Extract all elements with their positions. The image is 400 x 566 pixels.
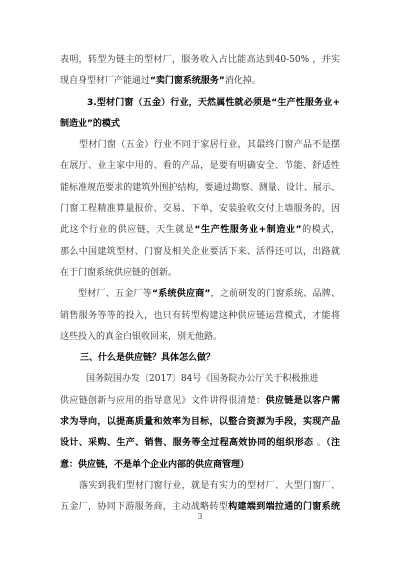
text-line: 门窗工程精准算量报价、交易、下单，安装验收交付上墙服务的，因 (60, 199, 340, 220)
document-page: 表明，转型为链主的型材厂，服务收入占比能高达到40-50% ，并实现自身型材厂产… (0, 0, 400, 566)
bold-text-run: 意：供应链，不是单个企业内部的供应商管理） (60, 460, 249, 470)
bold-text-run: 构建端到端拉通的门窗系统 (228, 502, 340, 512)
bold-text-run: 求为导向，以提高质量和效率为目标，以整合资源为手段，实现产品 (60, 417, 340, 427)
text-line: 表明，转型为链主的型材厂，服务收入占比能高达到40-50% ，并实 (60, 50, 340, 71)
text-line: 在展厅、业主家中用的、看的产品，是要有明确安全、节能、舒适性 (60, 156, 340, 177)
bold-text-run: （注 (326, 438, 340, 448)
text-run: 五金厂，协同下游服务商，主动战略转型 (60, 502, 228, 512)
text-line: 制造业”的模式 (60, 114, 340, 135)
text-run: 表明，转型为链主的型材厂，服务收入占比能高达到40-50% ，并实 (60, 55, 340, 65)
bold-text-run: 供应链是以客户需 (266, 396, 340, 406)
bold-text-run: “生产性服务业+制造业” (195, 225, 302, 235)
text-line: 此这个行业的供应链，天生就是“生产性服务业+制造业”的模式， (60, 220, 340, 241)
text-run: 型材厂、五金厂等 (78, 289, 152, 299)
text-run: 在展厅、业主家中用的、看的产品，是要有明确安全、节能、舒适性 (60, 161, 340, 171)
text-line: 型材门窗（五金）行业不同于家居行业，其最终门窗产品不是摆 (60, 135, 340, 156)
text-run: 供应链创新与应用的指导意见》文件讲得很清楚： (60, 396, 266, 406)
text-run: 能标准规范要求的建筑外围护结构，要通过勘察、测量、设计、展示、 (60, 183, 340, 193)
text-line: 供应链创新与应用的指导意见》文件讲得很清楚：供应链是以客户需 (60, 391, 340, 412)
document-body: 表明，转型为链主的型材厂，服务收入占比能高达到40-50% ，并实现自身型材厂产… (60, 50, 340, 519)
text-run: 型材门窗（五金）行业不同于家居行业，其最终门窗产品不是摆 (79, 140, 340, 150)
text-line: 国务院国办发〔2017〕84号《国务院办公厅关于积极推进 (60, 369, 340, 390)
text-run: 门窗工程精准算量报价、交易、下单，安装验收交付上墙服务的，因 (60, 204, 340, 214)
text-line: 落实到我们型材门窗行业，就是有实力的型材厂、大型门窗厂、 (60, 476, 340, 497)
text-line: 销售服务等等的投入，也只有转型构建这种供应链运营模式，才能将 (60, 306, 340, 327)
text-run: 国务院国办发〔2017〕84号《国务院办公厅关于积极推进 (86, 374, 318, 384)
text-line: 这些投入的真金白银收回来，别无他路。 (60, 327, 340, 348)
bold-text-run: 三、什么是供应链？具体怎么做？ (80, 353, 215, 363)
text-line: 在于门窗系统供应链的创新。 (60, 263, 340, 284)
bold-text-run: 制造业”的模式 (60, 119, 120, 129)
text-run: 在于门窗系统供应链的创新。 (60, 268, 177, 278)
text-run: 此这个行业的供应链，天生就是 (60, 225, 195, 235)
text-run: ，之前研发的门窗系统、品牌、 (210, 289, 340, 299)
text-line: 意：供应链，不是单个企业内部的供应商管理） (60, 455, 340, 476)
text-run: 这些投入的真金白银收回来，别无他路。 (60, 332, 222, 342)
text-run: 落实到我们型材门窗行业，就是有实力的型材厂、大型门窗厂、 (79, 481, 340, 491)
text-run: 的模式， (302, 225, 340, 235)
text-line: 那么中国建筑型材、门窗及相关企业要活下来、活得还可以，出路就 (60, 242, 340, 263)
bold-text-run: 3.型材门窗（五金）行业，天然属性就必须是“生产性服务业+ (87, 98, 340, 108)
bold-text-run: “系统供应商” (152, 289, 210, 299)
bold-text-run: 设计、采购、生产、销售、服务等全过程高效协同的组织形态 (60, 438, 313, 448)
text-run: 现自身型材厂产能通过 (60, 76, 150, 86)
text-line: 3.型材门窗（五金）行业，天然属性就必须是“生产性服务业+ (60, 93, 340, 114)
text-run: 。 (313, 438, 326, 448)
text-line: 型材厂、五金厂等“系统供应商”，之前研发的门窗系统、品牌、 (60, 284, 340, 305)
text-run: 销售服务等等的投入，也只有转型构建这种供应链运营模式，才能将 (60, 311, 340, 321)
text-line: 设计、采购、生产、销售、服务等全过程高效协同的组织形态 。（注 (60, 433, 340, 454)
text-run: 那么中国建筑型材、门窗及相关企业要活下来、活得还可以，出路就 (60, 247, 340, 257)
text-line: 现自身型材厂产能通过“卖门窗系统服务”消化掉。 (60, 71, 340, 92)
text-line: 求为导向，以提高质量和效率为目标，以整合资源为手段，实现产品 (60, 412, 340, 433)
text-run: 消化掉。 (225, 76, 261, 86)
bold-text-run: “卖门窗系统服务” (150, 76, 225, 86)
text-line: 三、什么是供应链？具体怎么做？ (60, 348, 340, 369)
page-number: 3 (0, 512, 400, 522)
text-line: 能标准规范要求的建筑外围护结构，要通过勘察、测量、设计、展示、 (60, 178, 340, 199)
